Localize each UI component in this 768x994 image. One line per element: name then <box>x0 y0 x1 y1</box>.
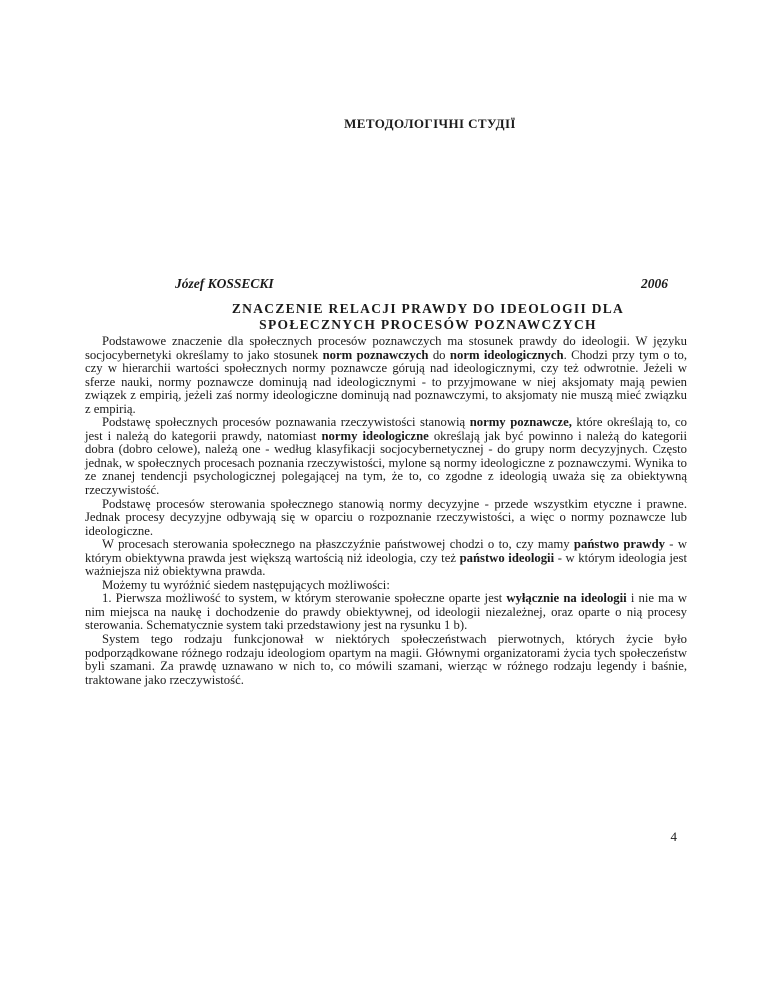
byline-row: Józef KOSSECKI 2006 <box>85 276 687 292</box>
text-segment: System tego rodzaju funkcjonował w niekt… <box>85 632 687 687</box>
paragraph: W procesach sterowania społecznego na pł… <box>85 538 687 579</box>
paragraph: Podstawę społecznych procesów poznawania… <box>85 416 687 497</box>
journal-section-header: МЕТОДОЛОГІЧНІ СТУДІЇ <box>46 116 768 132</box>
document-page: МЕТОДОЛОГІЧНІ СТУДІЇ Józef KOSSECKI 2006… <box>0 0 768 994</box>
bold-text-segment: normy ideologiczne <box>322 429 429 443</box>
paragraph: Podstawowe znaczenie dla społecznych pro… <box>85 335 687 416</box>
author-name: Józef KOSSECKI <box>175 276 274 292</box>
paragraph: 1. Pierwsza możliwość to system, w który… <box>85 592 687 633</box>
text-segment: do <box>428 348 449 362</box>
bold-text-segment: normy poznawcze, <box>470 415 572 429</box>
article-title-line: ZNACZENIE RELACJI PRAWDY DO IDEOLOGII DL… <box>127 301 729 317</box>
text-segment: W procesach sterowania społecznego na pł… <box>102 537 574 551</box>
bold-text-segment: wyłącznie na ideologii <box>506 591 626 605</box>
page-number: 4 <box>671 829 678 845</box>
text-segment: Podstawę procesów sterowania społecznego… <box>85 497 687 538</box>
article-title-line: SPOŁECZNYCH PROCESÓW POZNAWCZYCH <box>127 317 729 333</box>
text-segment: 1. Pierwsza możliwość to system, w który… <box>102 591 506 605</box>
paragraph: System tego rodzaju funkcjonował w niekt… <box>85 633 687 687</box>
bold-text-segment: państwo ideologii <box>460 551 555 565</box>
article-title: ZNACZENIE RELACJI PRAWDY DO IDEOLOGII DL… <box>127 301 729 332</box>
body-text: Podstawowe znaczenie dla społecznych pro… <box>85 335 687 687</box>
publication-year: 2006 <box>641 276 668 292</box>
text-segment: Możemy tu wyróżnić siedem następujących … <box>102 578 390 592</box>
bold-text-segment: norm poznawczych <box>323 348 429 362</box>
paragraph: Podstawę procesów sterowania społecznego… <box>85 498 687 539</box>
text-segment: Podstawę społecznych procesów poznawania… <box>102 415 470 429</box>
bold-text-segment: norm ideologicznych <box>450 348 564 362</box>
bold-text-segment: państwo prawdy <box>574 537 665 551</box>
paragraph: Możemy tu wyróżnić siedem następujących … <box>85 579 687 593</box>
